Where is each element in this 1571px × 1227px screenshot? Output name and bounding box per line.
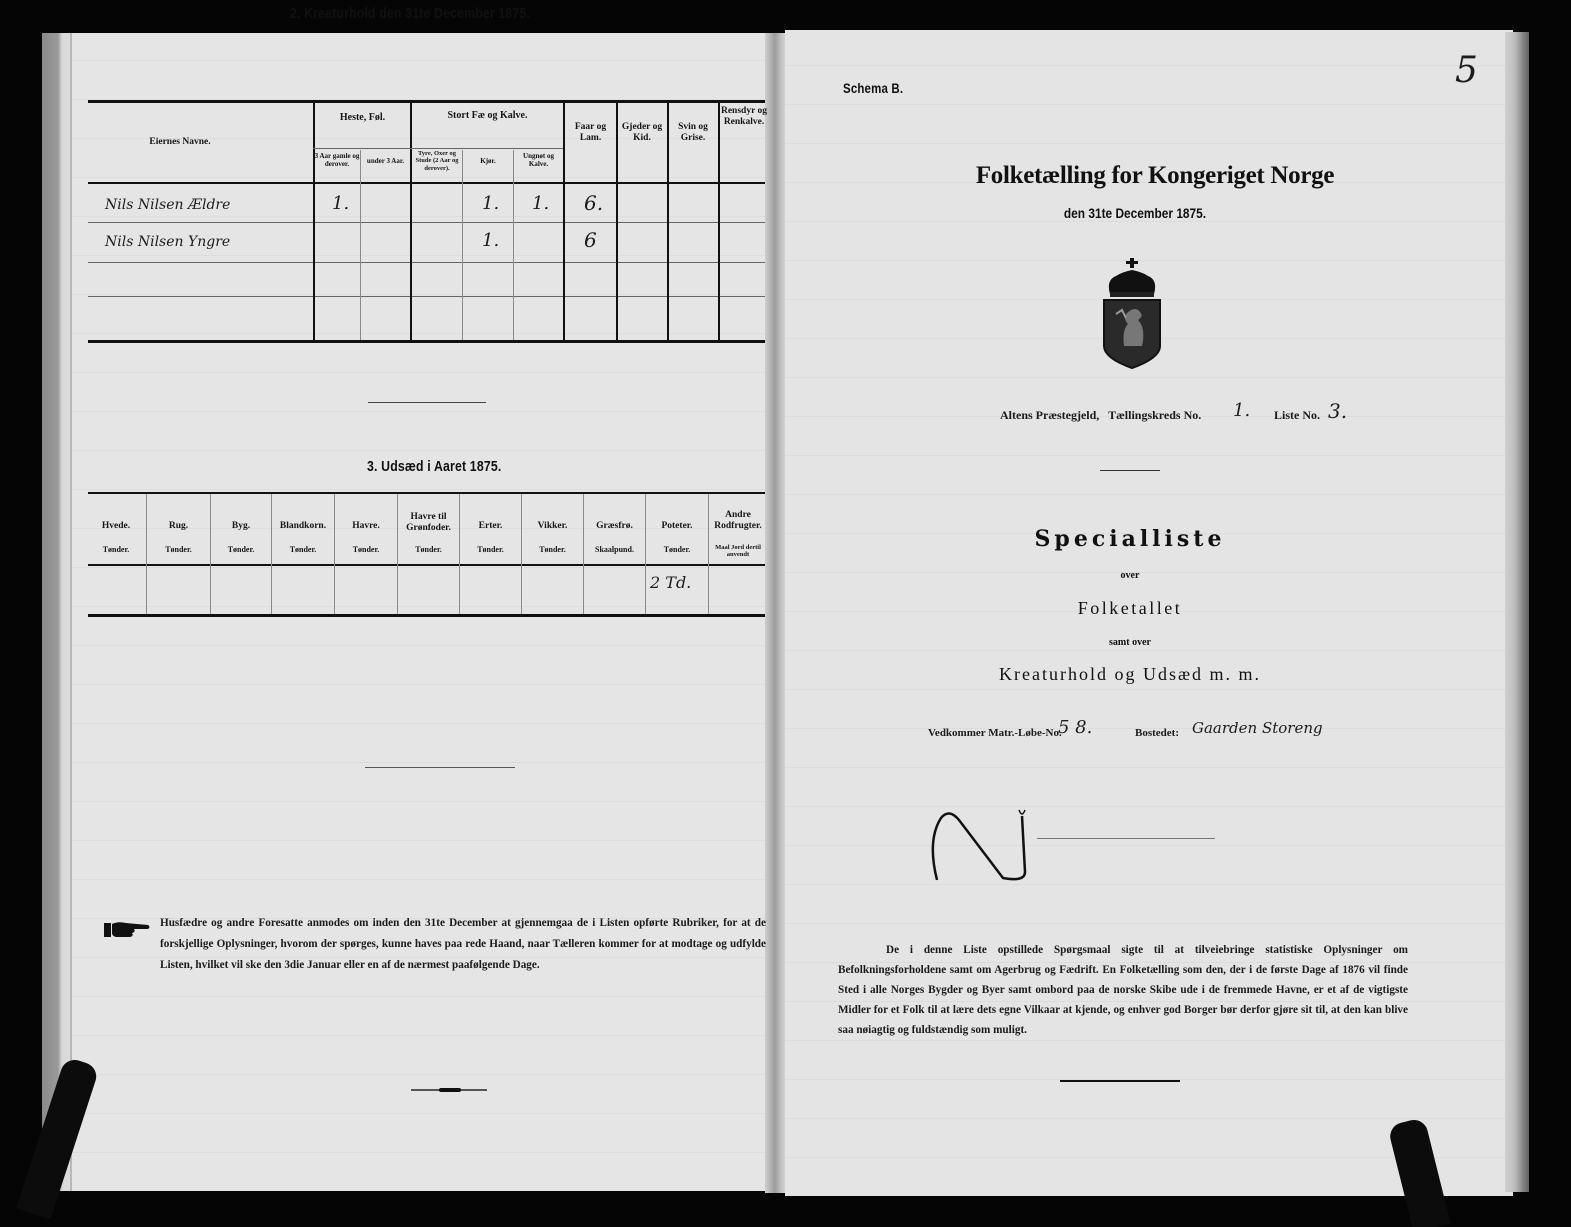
over-text: over [1080,570,1180,581]
col-ungnot: Ungnøt og Kalve. [514,152,563,168]
divider [365,767,515,768]
list-value: 3. [1328,399,1347,423]
col-heste-under3: under 3 Aar. [361,157,410,165]
handwritten-mark [925,800,1035,890]
unit-label: Skaalpund. [584,545,645,554]
samt-over-text: samt over [1080,637,1180,648]
col-svin: Svin og Grise. [668,122,718,144]
matr-label: Vedkommer Matr.-Løbe-No. [928,723,1062,744]
pointing-hand-icon [104,920,152,940]
district-value: 1. [1233,400,1250,421]
col-heste-3aar: 3 Aar gamle og derover. [314,152,360,168]
col-kjor: Kjør. [463,157,513,165]
section2-title: 2. Kreaturhold den 31te December 1875. [290,5,530,22]
col-vikker: Vikker. [522,521,583,532]
col-tyre: Tyre, Oxer og Stude (2 Aar og derover). [412,150,462,172]
col-havre: Havre. [335,521,397,532]
col-andre-rodfrugter: Andre Rodfrugter. [709,510,767,532]
bosted-label: Bostedet: [1135,723,1179,744]
ornament-rule [411,1089,487,1091]
divider [1100,470,1160,471]
intro-paragraph: De i denne Liste opstillede Spørgsmaal s… [838,940,1408,1040]
col-owner-header: Eiernes Navne. [120,137,240,148]
unit-label: Tønder. [272,545,334,554]
page-edges [1505,32,1529,1192]
cell-value: 1. [482,193,499,214]
page-number: 5 [1455,50,1478,91]
matr-value: 5 8. [1058,717,1092,738]
cell-value: 1. [532,193,549,214]
cell-value: 1. [332,193,349,214]
census-title: Folketælling for Kongeriget Norge [940,162,1370,190]
instructions-notice: Husfædre og andre Foresatte anmodes om i… [160,913,766,976]
census-date: den 31te December 1875. [1020,205,1250,221]
parish-label: Altens Præstegjeld, [1000,408,1099,422]
col-byg: Byg. [211,521,271,532]
kreaturhold-text: Kreaturhold og Udsæd m. m. [955,664,1305,685]
owner-name: Nils Nilsen Yngre [105,234,230,250]
col-blandkorn: Blandkorn. [272,521,334,532]
bosted-value: Gaarden Storeng [1192,719,1323,737]
section3-title: 3. Udsæd i Aaret 1875. [367,458,501,475]
unit-label: Tønder. [335,545,397,554]
col-faar: Faar og Lam. [565,122,616,144]
unit-label: Tønder. [398,545,459,554]
cell-value: 1. [482,230,499,251]
district-label: Tællingskreds No. [1108,408,1201,422]
unit-label: Tønder. [147,545,210,554]
unit-label: Tønder. [646,545,708,554]
col-gjeder: Gjeder og Kid. [617,122,667,144]
specialliste-title: Specialliste [1000,526,1260,552]
list-label: Liste No. [1274,405,1320,426]
col-erter: Erter. [460,521,521,532]
divider [1060,1080,1180,1082]
divider [1037,838,1215,839]
col-rug: Rug. [147,521,210,532]
cell-value: 6 [584,228,597,252]
col-havre-gronfoder: Havre til Grønfoder. [398,512,459,534]
col-hvede: Hvede. [86,521,146,532]
divider [368,402,486,403]
unit-label: Tønder. [460,545,521,554]
col-rensdyr: Rensdyr og Renkalve. [719,106,769,128]
book-gutter [765,33,787,1193]
owner-name: Nils Nilsen Ældre [105,197,230,213]
unit-label: Maal Jord dertil anvendt [709,544,767,559]
norway-coat-of-arms-icon [1102,258,1162,370]
unit-label: Tønder. [211,545,271,554]
folketallet-text: Folketallet [1030,598,1230,619]
unit-label: Tønder. [86,545,146,554]
poteter-value: 2 Td. [650,573,691,592]
cell-value: 6. [584,191,603,215]
col-stort-header: Stort Fæ og Kalve. [412,110,563,122]
col-heste-header: Heste, Føl. [315,112,410,124]
schema-label: Schema B. [843,80,903,96]
unit-label: Tønder. [522,545,583,554]
col-poteter: Poteter. [646,521,708,532]
col-graesfro: Græsfrø. [584,521,645,532]
